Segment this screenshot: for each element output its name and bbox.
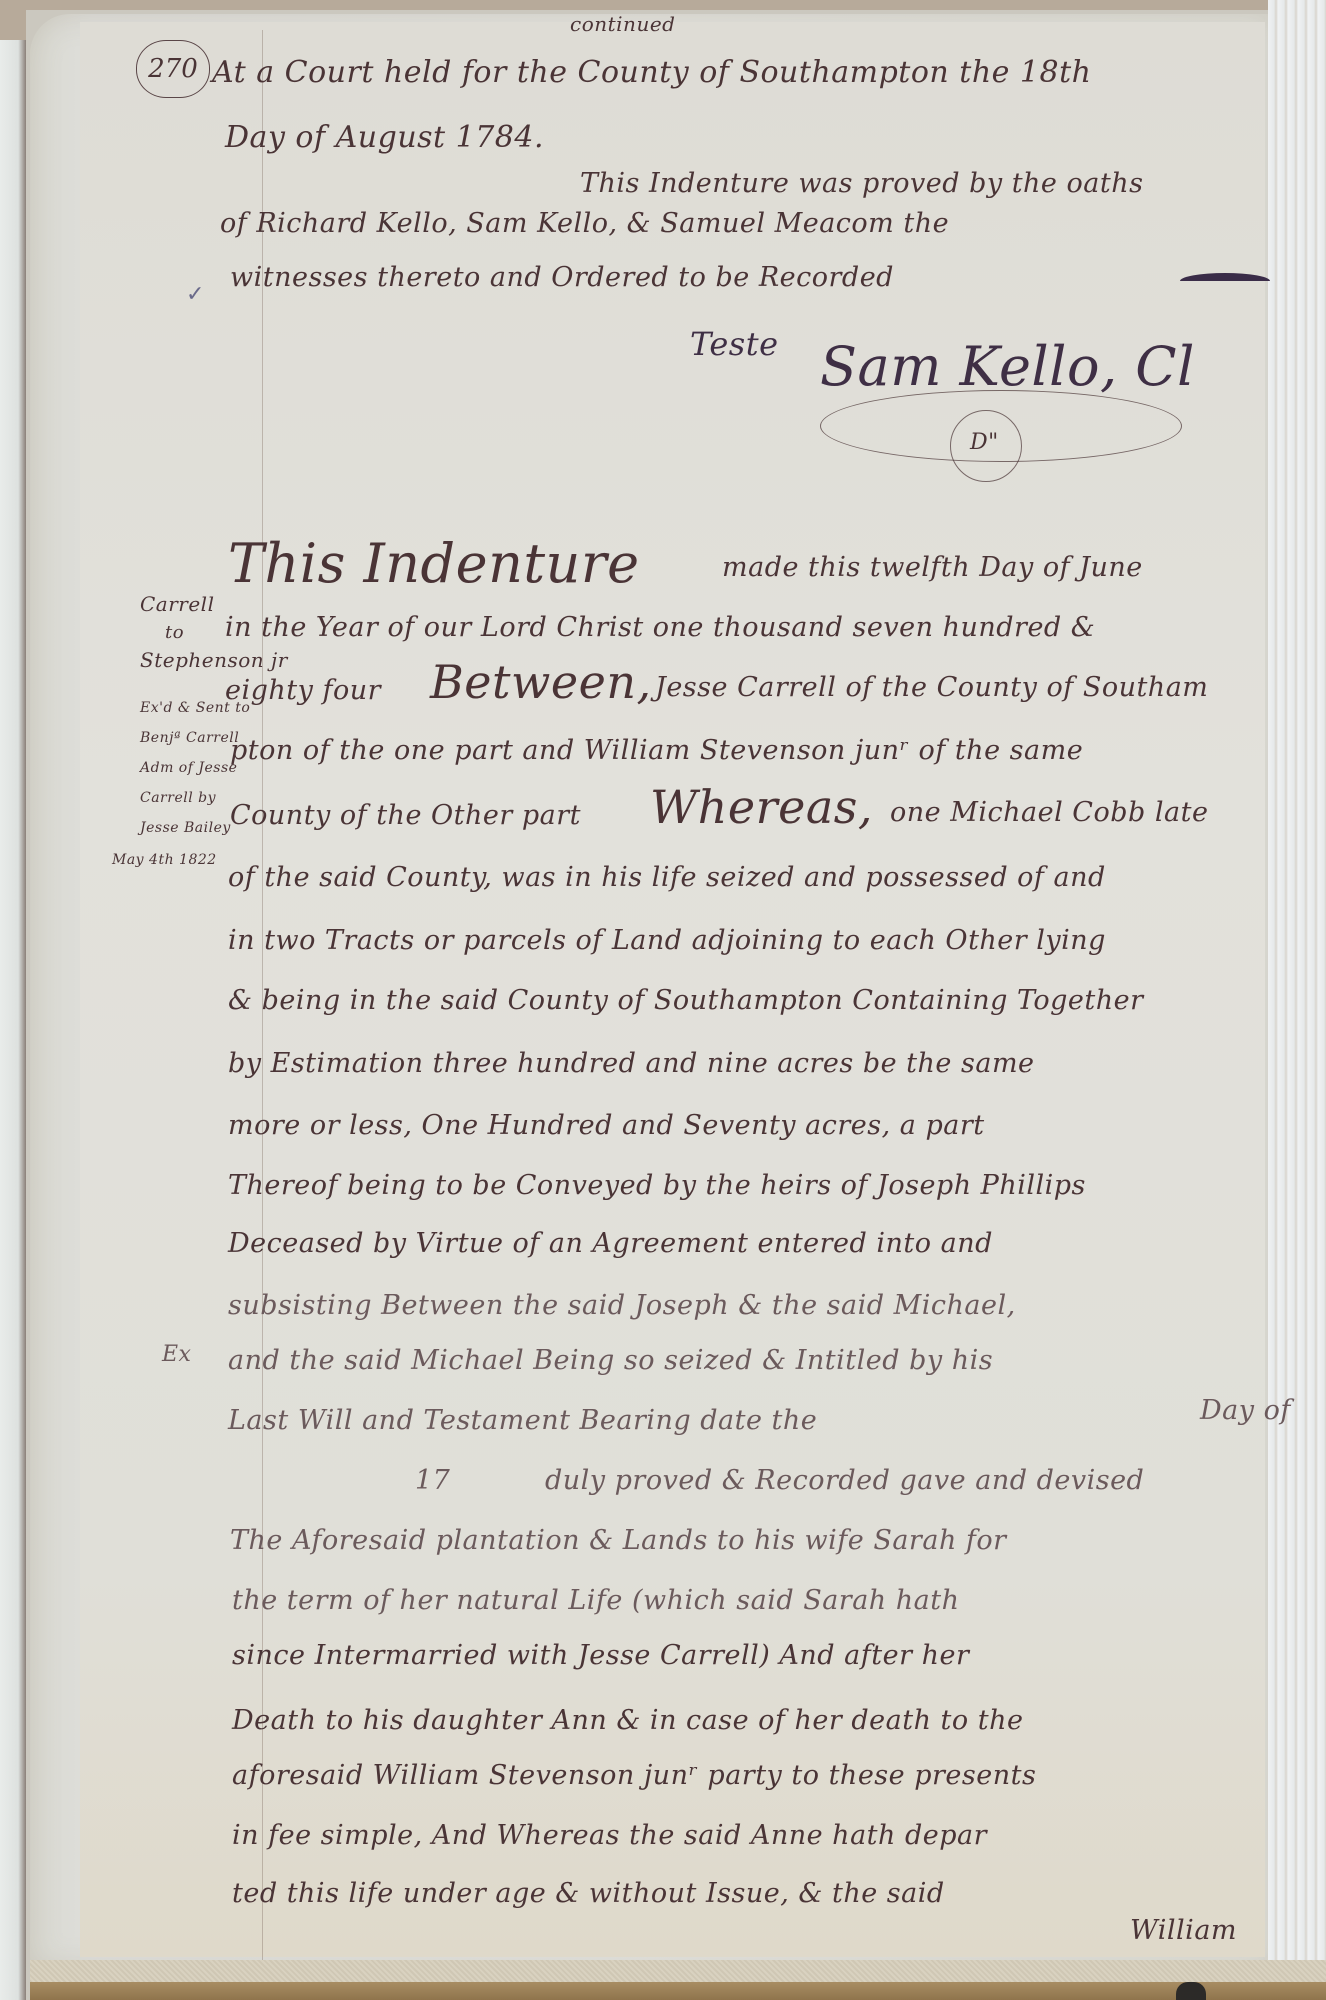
book-cradle [30, 1982, 1326, 2000]
clerk-signature-sub: D" [970, 430, 999, 455]
interlineation-continued: continued [570, 12, 675, 36]
indenture-line: pton of the one part and William Stevens… [230, 735, 1083, 766]
indenture-line: by Estimation three hundred and nine acr… [228, 1048, 1035, 1079]
indenture-line: Death to his daughter Ann & in case of h… [232, 1705, 1023, 1736]
page-number: 270 [136, 40, 210, 98]
clerk-signature: Sam Kello, Cl [820, 335, 1195, 398]
check-mark: ✓ [186, 282, 204, 307]
left-page-edge [0, 40, 26, 2000]
indenture-between: Between, [430, 655, 652, 709]
indenture-line: The Aforesaid plantation & Lands to his … [230, 1525, 1007, 1556]
margin-delivery-2: Benjª Carrell [140, 730, 239, 746]
indenture-line: in two Tracts or parcels of Land adjoini… [228, 925, 1106, 956]
margin-delivery-6: May 4th 1822 [112, 852, 217, 868]
indenture-line: duly proved & Recorded gave and devised [545, 1465, 1144, 1496]
indenture-line: one Michael Cobb late [890, 797, 1208, 828]
indenture-line: & being in the said County of Southampto… [228, 985, 1144, 1016]
page-clip [1176, 1982, 1206, 2000]
indenture-line: since Intermarried with Jesse Carrell) A… [232, 1640, 969, 1671]
stacked-page-edges [1268, 0, 1326, 1965]
binding-cloth [30, 1960, 1326, 1982]
proof-line-3: witnesses thereto and Ordered to be Reco… [230, 262, 894, 293]
indenture-line: subsisting Between the said Joseph & the… [228, 1290, 1016, 1321]
indenture-line: eighty four [225, 675, 381, 706]
indenture-line: County of the Other part [230, 800, 581, 831]
indenture-line: ted this life under age & without Issue,… [232, 1878, 945, 1909]
catchword-william: William [1130, 1915, 1237, 1946]
margin-caption-3: Stephenson jr [140, 648, 288, 672]
indenture-whereas: Whereas, [650, 780, 873, 834]
margin-delivery-3: Adm of Jesse [140, 760, 237, 776]
indenture-line: the term of her natural Life (which said… [232, 1585, 960, 1616]
margin-caption-2: to [165, 622, 184, 643]
indenture-line: made this twelfth Day of June [722, 552, 1143, 583]
court-line-1: At a Court held for the County of Southa… [212, 55, 1091, 90]
court-line-2: Day of August 1784. [225, 120, 544, 155]
indenture-line: in the Year of our Lord Christ one thous… [225, 612, 1095, 643]
indenture-line: and the said Michael Being so seized & I… [228, 1345, 993, 1376]
indenture-line: Deceased by Virtue of an Agreement enter… [228, 1228, 993, 1259]
indenture-line: of the said County, was in his life seiz… [228, 862, 1106, 893]
proof-line-1: This Indenture was proved by the oaths [580, 168, 1143, 199]
indenture-line: aforesaid William Stevenson junʳ party t… [232, 1760, 1036, 1791]
proof-line-2: of Richard Kello, Sam Kello, & Samuel Me… [220, 208, 949, 239]
indenture-line: more or less, One Hundred and Seventy ac… [228, 1110, 985, 1141]
margin-mark-ex: Ex [162, 1342, 191, 1367]
teste-label: Teste [690, 325, 779, 363]
margin-delivery-4: Carrell by [140, 790, 216, 806]
indenture-line: in fee simple, And Whereas the said Anne… [232, 1820, 987, 1851]
indenture-line-year: 17 [415, 1465, 450, 1496]
indenture-line: Thereof being to be Conveyed by the heir… [228, 1170, 1086, 1201]
indenture-opening: This Indenture [228, 532, 640, 595]
indenture-line: Last Will and Testament Bearing date the [228, 1405, 817, 1436]
indenture-line-day-of: Day of [1200, 1395, 1291, 1426]
margin-caption-1: Carrell [140, 592, 214, 616]
indenture-line: Jesse Carrell of the County of Southam [655, 672, 1208, 703]
margin-delivery-5: Jesse Bailey [140, 820, 231, 836]
